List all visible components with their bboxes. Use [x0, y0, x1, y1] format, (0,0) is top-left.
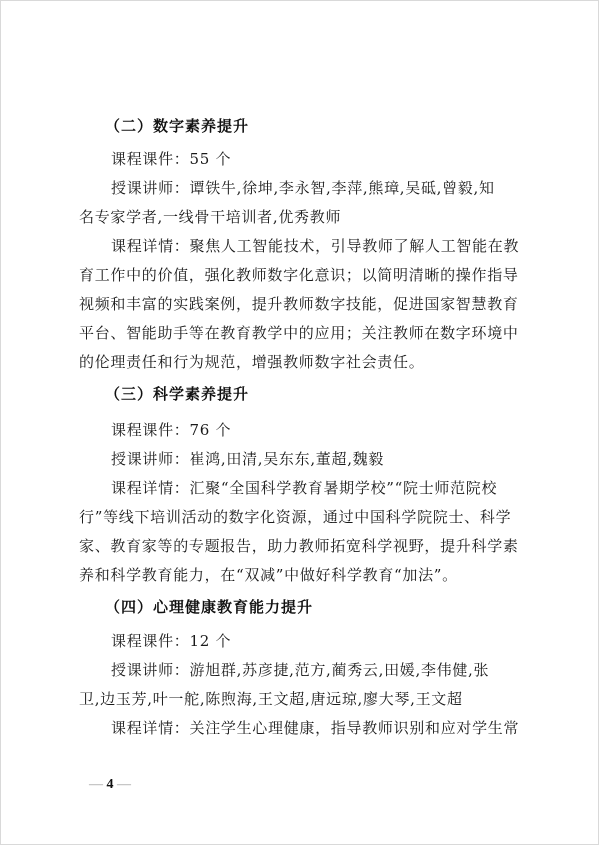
dash-left: —: [89, 777, 103, 792]
courseware-count: 课程课件：76 个: [111, 421, 553, 439]
details-line: 家、教育家等的专题报告，助力教师拓宽科学视野，提升科学素: [79, 537, 521, 555]
lecturers-line: 名专家学者,一线骨干培训者,优秀教师: [79, 208, 521, 226]
lecturers-line: 授课讲师：谭铁牛,徐坤,李永智,李萍,熊璋,吴砥,曾毅,知: [111, 179, 553, 197]
details-line: 的伦理责任和行为规范，增强教师数字社会责任。: [79, 353, 521, 371]
details-line: 平台、智能助手等在教育教学中的应用；关注教师在数字环境中: [79, 324, 521, 342]
section-heading-digital-literacy: （二）数字素养提升: [105, 117, 547, 135]
lecturers-line: 卫,边玉芳,叶一舵,陈煦海,王文超,唐远琼,廖大琴,王文超: [79, 690, 521, 708]
details-line: 养和科学教育能力，在“双减”中做好科学教育“加法”。: [79, 566, 521, 584]
courseware-count: 课程课件：12 个: [111, 632, 553, 650]
page-number: — 4 —: [89, 777, 131, 793]
section-heading-science-literacy: （三）科学素养提升: [105, 385, 547, 403]
details-line: 视频和丰富的实践案例，提升教师数字技能，促进国家智慧教育: [79, 295, 521, 313]
details-line: 育工作中的价值，强化教师数字化意识；以简明清晰的操作指导: [79, 266, 521, 284]
courseware-count: 课程课件：55 个: [111, 150, 553, 168]
lecturers-line: 授课讲师：游旭群,苏彦捷,范方,蔺秀云,田媛,李伟健,张: [111, 661, 553, 679]
page-number-value: 4: [107, 777, 114, 792]
details-line: 课程详情：汇聚“全国科学教育暑期学校”“院士师范院校: [111, 479, 553, 497]
section-heading-mental-health: （四）心理健康教育能力提升: [105, 598, 547, 616]
details-line: 行”等线下培训活动的数字化资源，通过中国科学院院士、科学: [79, 508, 521, 526]
dash-right: —: [117, 777, 131, 792]
document-page: （二）数字素养提升 课程课件：55 个 授课讲师：谭铁牛,徐坤,李永智,李萍,熊…: [0, 0, 599, 845]
lecturers-line: 授课讲师：崔鸿,田清,吴东东,董超,魏毅: [111, 450, 553, 468]
details-line: 课程详情：关注学生心理健康，指导教师识别和应对学生常: [111, 719, 553, 737]
details-line: 课程详情：聚焦人工智能技术，引导教师了解人工智能在教: [111, 237, 553, 255]
